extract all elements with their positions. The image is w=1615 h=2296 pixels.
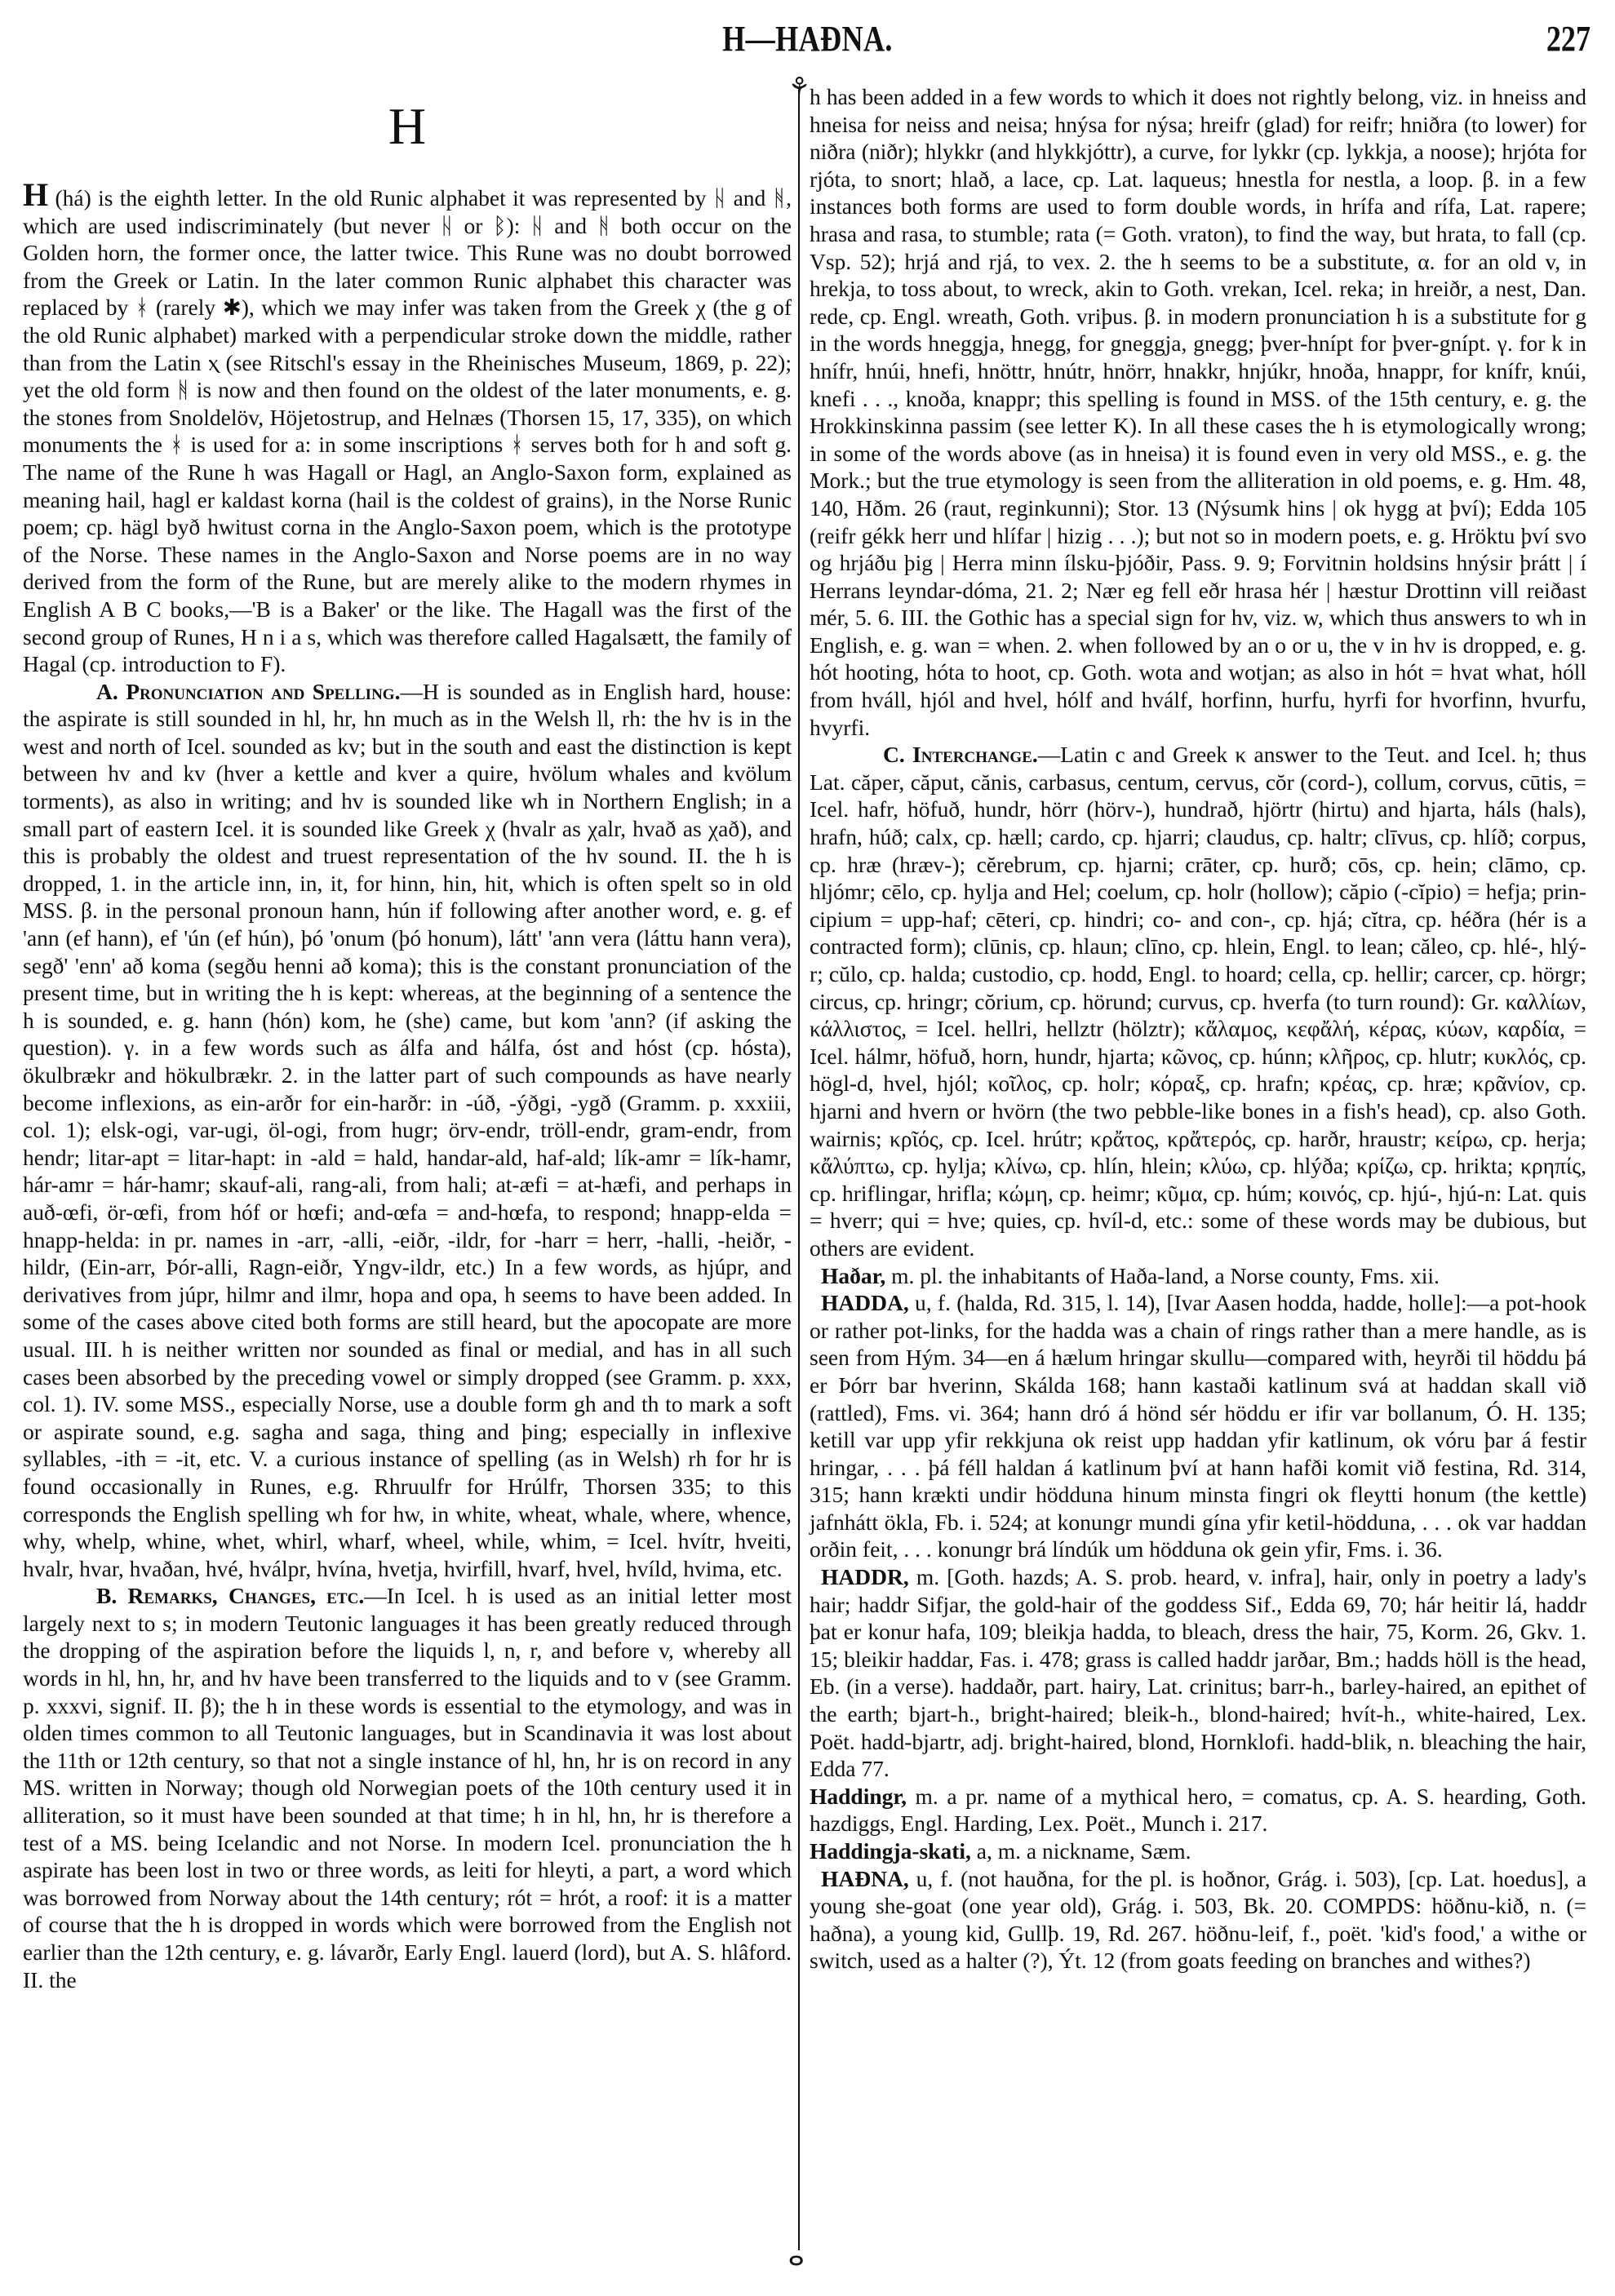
entry-hadar: Haðar, m. pl. the inhabitants of Haða-la… <box>810 1262 1586 1290</box>
section-c-text: —Latin c and Greek κ answer to the Teut.… <box>810 742 1586 1261</box>
section-b-label: B. Remarks, Changes, etc. <box>96 1583 364 1608</box>
section-c: C. Interchange.—Latin c and Greek κ answ… <box>810 741 1586 1261</box>
entry-text: u, f. (not hauðna, for the pl. is hoðnor… <box>810 1866 1586 1974</box>
entry-haddingja-skati: Haddingja-skati, a, m. a nickname, Sæm. <box>810 1837 1586 1865</box>
section-a-text: —H is sounded as in English hard, house:… <box>23 679 792 1581</box>
headword: Haðar, <box>821 1263 885 1288</box>
intro-paragraph: H (há) is the eighth letter. In the old … <box>23 181 792 678</box>
entry-hadda: HADDA, u, f. (halda, Rd. 315, l. 14), [I… <box>810 1289 1586 1563</box>
headword: Haddingr, <box>810 1784 907 1809</box>
section-b-text: —In Icel. h is used as an initial letter… <box>23 1583 792 1992</box>
entry-text: m. a pr. name of a mythical hero, = coma… <box>810 1784 1586 1837</box>
entry-haddr: HADDR, m. [Goth. hazds; A. S. prob. hear… <box>810 1563 1586 1783</box>
page-header: H—HAÐNA. 227 <box>0 18 1615 67</box>
intro-text: (há) is the eighth letter. In the old Ru… <box>23 185 792 676</box>
headword: Haddingja-skati, <box>810 1838 971 1864</box>
section-a: A. Pronunciation and Spelling.—H is soun… <box>23 678 792 1583</box>
entry-text: m. [Goth. hazds; A. S. prob. heard, v. i… <box>810 1564 1586 1781</box>
entry-text: a, m. a nickname, Sæm. <box>971 1838 1191 1864</box>
entry-hadna: HAÐNA, u, f. (not hauðna, for the pl. is… <box>810 1865 1586 1975</box>
section-c-label: C. Interchange. <box>883 742 1038 767</box>
running-head: H—HAÐNA. <box>145 18 1470 60</box>
section-a-label: A. Pronunciation and Spelling. <box>96 679 400 704</box>
entry-text: m. pl. the inhabitants of Haða-land, a N… <box>885 1263 1440 1288</box>
letter-heading: H <box>23 90 792 163</box>
headword: HADDA, <box>821 1290 909 1315</box>
headword: HADDR, <box>821 1564 909 1589</box>
ornament-bottom-icon: ⴰ <box>788 2245 804 2270</box>
dropcap: H <box>23 176 48 213</box>
column-divider <box>798 88 800 2250</box>
continuation-paragraph: h has been added in a few words to which… <box>810 83 1586 741</box>
right-column: h has been added in a few words to which… <box>810 83 1586 1975</box>
entry-text: u, f. (halda, Rd. 315, l. 14), [Ivar Aas… <box>810 1290 1586 1562</box>
page-number: 227 <box>1546 18 1591 60</box>
headword: HAÐNA, <box>821 1866 909 1891</box>
entry-haddingr: Haddingr, m. a pr. name of a mythical he… <box>810 1783 1586 1837</box>
section-b: B. Remarks, Changes, etc.—In Icel. h is … <box>23 1582 792 1993</box>
left-column: H H (há) is the eighth letter. In the ol… <box>23 82 792 1993</box>
